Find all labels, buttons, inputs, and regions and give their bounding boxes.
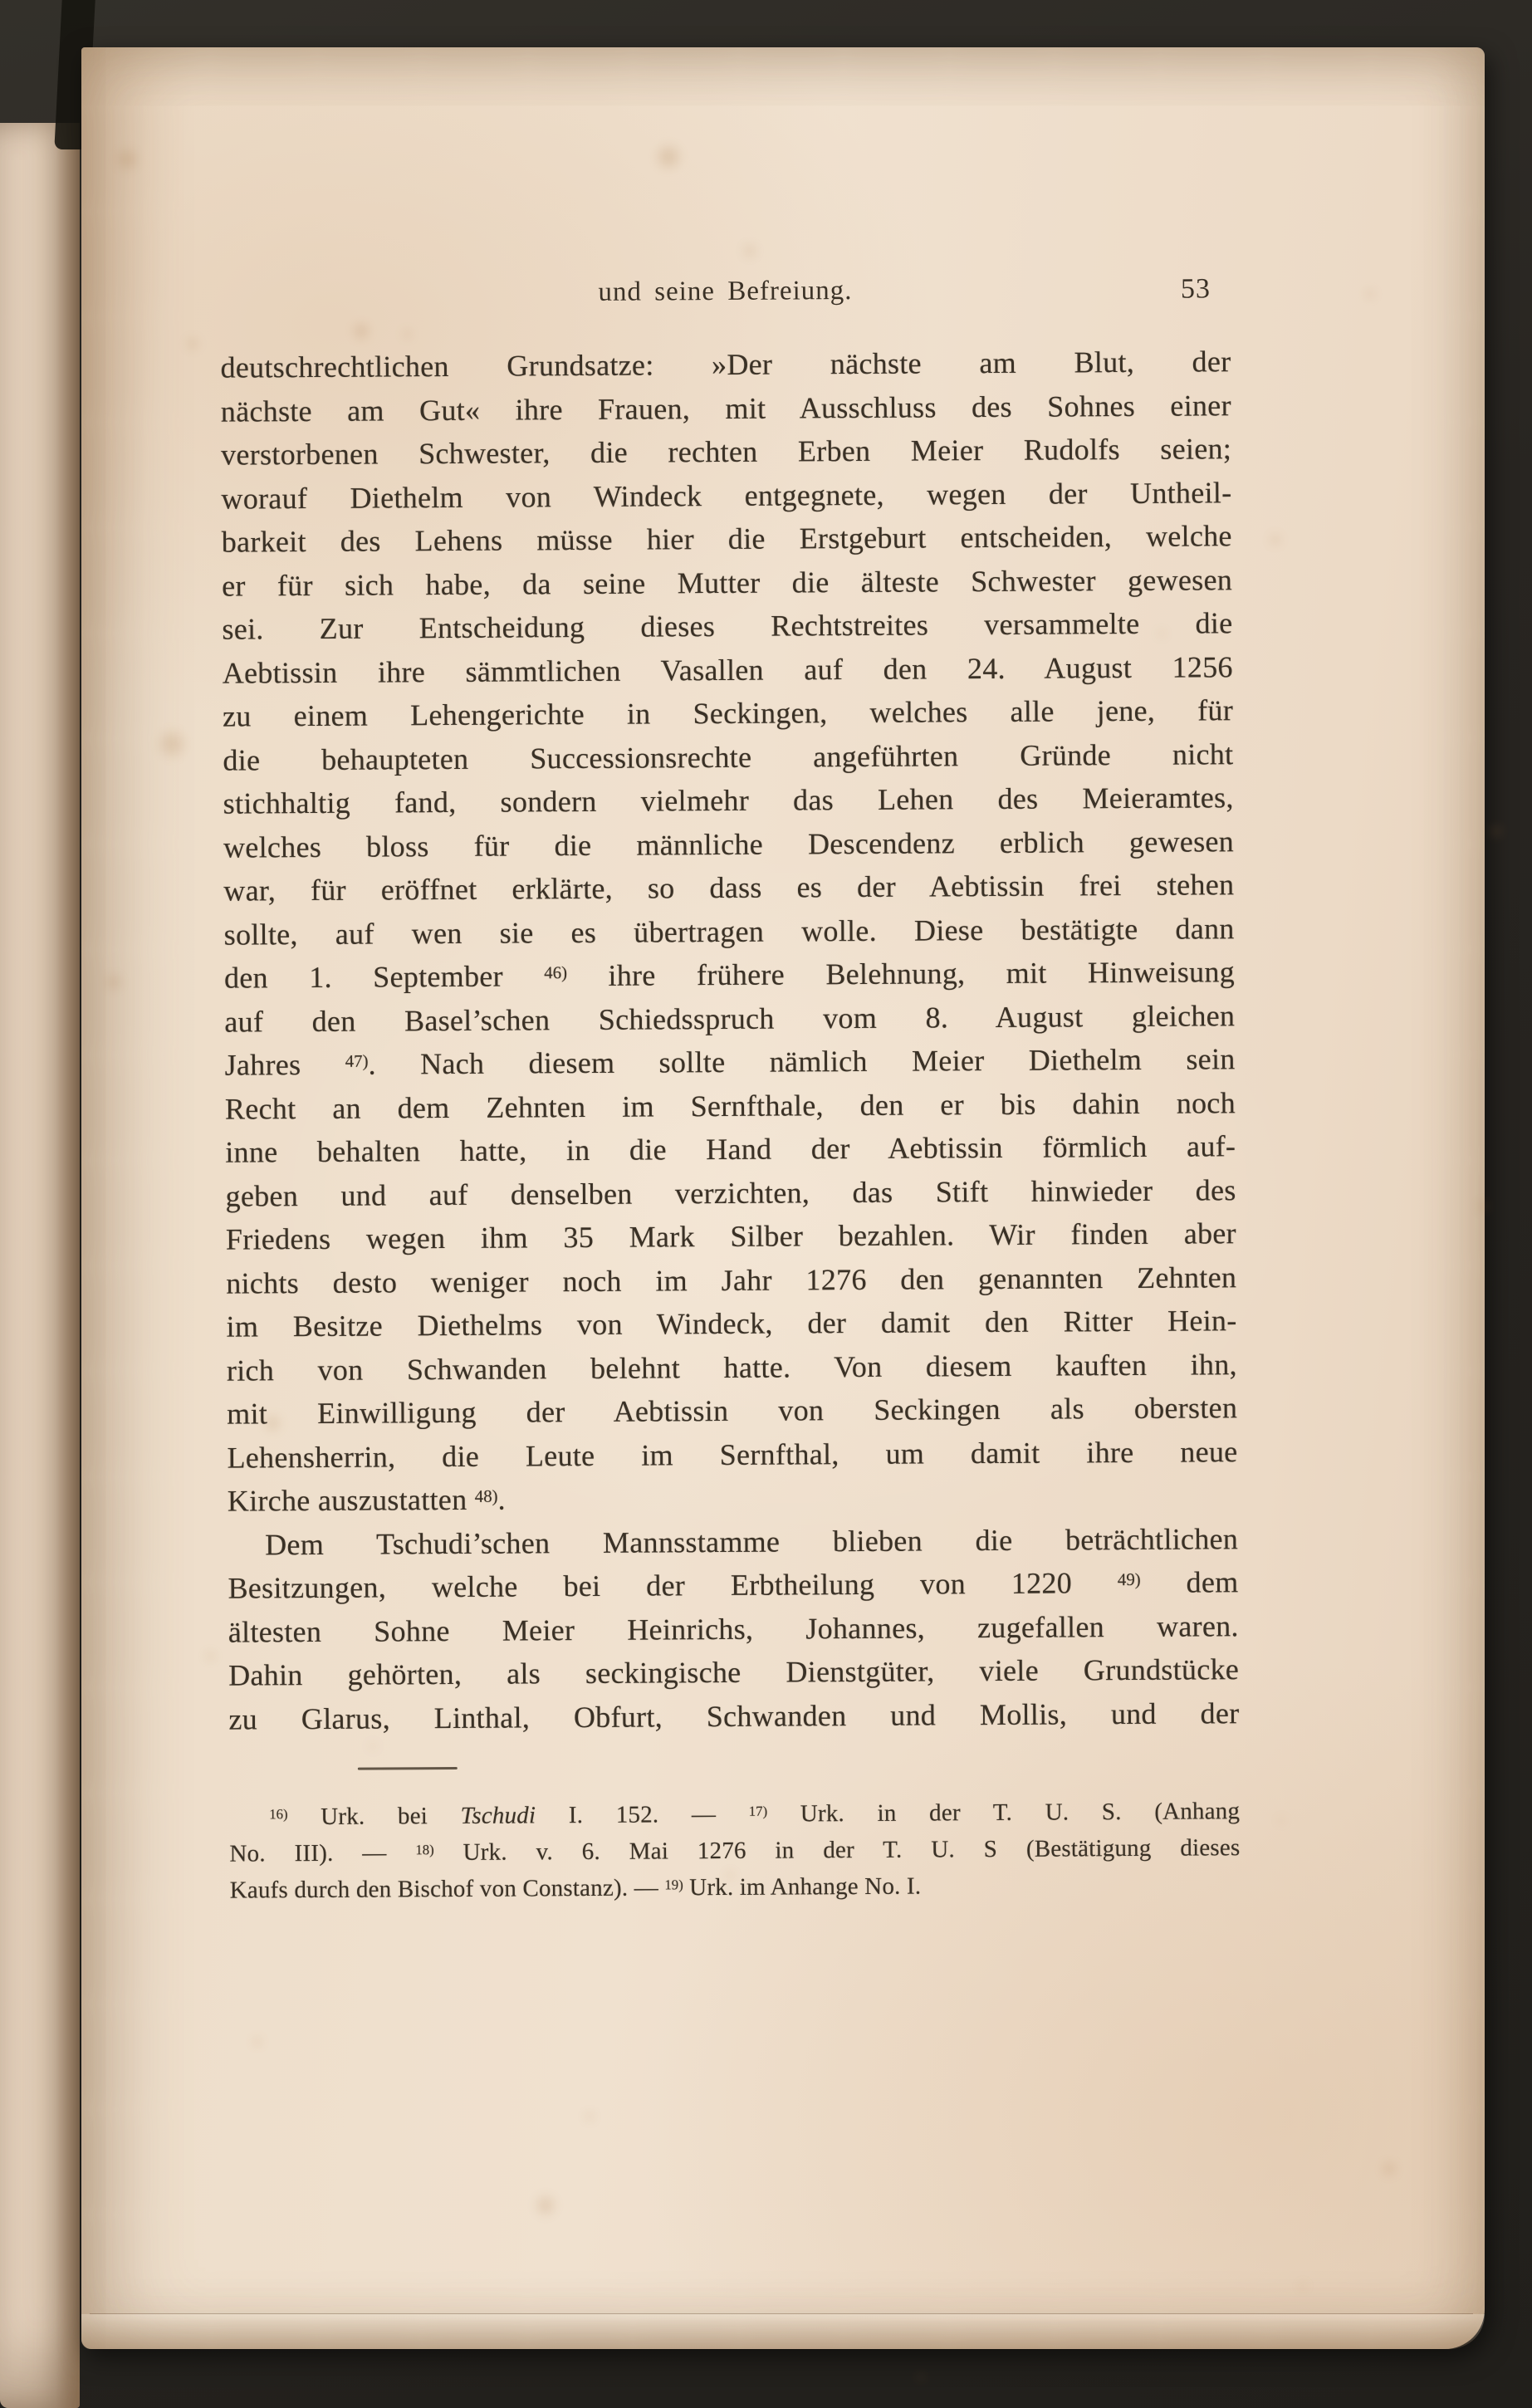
text-line: war, für eröffnet erklärte, so dass es d…	[223, 863, 1234, 913]
body-text: deutschrechtlichen Grundsatze: »Der näch…	[220, 340, 1239, 1740]
text-line: 16) Urk. bei Tschudi I. 152. — 17) Urk. …	[229, 1793, 1240, 1835]
page-under-edge	[81, 2314, 1485, 2349]
text-line: im Besitze Diethelms von Windeck, der da…	[226, 1299, 1236, 1348]
page-content: und seine Befreiung. 53 deutschrechtlich…	[218, 44, 1243, 2352]
running-title: und seine Befreiung.	[220, 273, 1231, 310]
book-page: und seine Befreiung. 53 deutschrechtlich…	[81, 47, 1485, 2349]
foxing-stain	[156, 728, 188, 760]
foxing-stain	[204, 1650, 217, 1662]
text-line: verstorbenen Schwester, die rechten Erbe…	[221, 427, 1231, 477]
text-line: er für sich habe, da seine Mutter die äl…	[222, 558, 1232, 608]
adjacent-page-edge	[0, 123, 80, 2408]
text-line: zu Glarus, Linthal, Obfurt, Schwanden un…	[228, 1691, 1239, 1741]
text-line: Besitzungen, welche bei der Erbtheilung …	[228, 1560, 1238, 1610]
text-line: ältesten Sohne Meier Heinrichs, Johannes…	[228, 1604, 1239, 1654]
page-number: 53	[1181, 273, 1211, 305]
text-line: No. III). — 18) Urk. v. 6. Mai 1276 in d…	[229, 1829, 1240, 1872]
foxing-stain	[1298, 2281, 1308, 2291]
text-line: auf den Basel’schen Schiedsspruch vom 8.…	[224, 994, 1235, 1044]
text-line: deutschrechtlichen Grundsatze: »Der näch…	[220, 340, 1231, 389]
foxing-stain	[1381, 2161, 1397, 2177]
text-line: zu einem Lehengerichte in Seckingen, wel…	[223, 688, 1233, 738]
text-line: nächste am Gut« ihre Frauen, mit Ausschl…	[221, 384, 1231, 433]
text-line: rich von Schwanden belehnt hatte. Von di…	[227, 1343, 1237, 1392]
foxing-stain	[1277, 1816, 1286, 1825]
text-line: Lehensherrin, die Leute im Sernfthal, um…	[227, 1430, 1237, 1480]
text-line: sei. Zur Entscheidung dieses Rechtstreit…	[222, 601, 1232, 651]
footnotes: 16) Urk. bei Tschudi I. 152. — 17) Urk. …	[229, 1793, 1241, 1908]
foxing-stain	[1364, 288, 1376, 300]
text-line: Friedens wegen ihm 35 Mark Silber bezahl…	[226, 1211, 1236, 1261]
text-line: Jahres 47). Nach diesem sollte nämlich M…	[224, 1037, 1235, 1087]
text-line: Dem Tschudi’schen Mannsstamme blieben di…	[228, 1517, 1238, 1567]
foxing-stain	[105, 973, 123, 991]
text-line: nichts desto weniger noch im Jahr 1276 d…	[226, 1255, 1236, 1305]
foxing-stain	[1489, 824, 1504, 839]
text-line: barkeit des Lehens müsse hier die Erstge…	[222, 514, 1232, 564]
text-line: die behaupteten Successionsrechte angefü…	[223, 732, 1233, 782]
text-line: Aebtissin ihre sämmtlichen Vasallen auf …	[223, 645, 1233, 695]
text-line: Dahin gehörten, als seckingische Dienstg…	[228, 1647, 1239, 1697]
text-line: welches bloss für die männliche Descende…	[223, 820, 1234, 869]
foxing-stain	[1476, 1200, 1490, 1213]
foxing-stain	[916, 2372, 926, 2382]
foxing-stain	[185, 336, 200, 351]
text-line: den 1. September 46) ihre frühere Belehn…	[224, 950, 1235, 1000]
text-line: worauf Diethelm von Windeck entgegnete, …	[221, 471, 1231, 521]
text-line: geben und auf denselben verzichten, das …	[225, 1168, 1236, 1218]
text-line: Recht an dem Zehnten im Sernfthale, den …	[225, 1081, 1236, 1131]
page-header: und seine Befreiung. 53	[220, 273, 1231, 316]
foxing-stain	[115, 147, 139, 172]
text-line: stichhaltig fand, sondern vielmehr das L…	[223, 776, 1234, 825]
text-line: inne behalten hatte, in die Hand der Aeb…	[225, 1124, 1236, 1174]
foxing-stain	[1269, 533, 1282, 546]
text-line: sollte, auf wen sie es übertragen wolle.…	[224, 907, 1235, 957]
scan-background: { "page": { "header": { "running_title":…	[0, 0, 1532, 2408]
text-line: mit Einwilligung der Aebtissin von Secki…	[227, 1386, 1237, 1436]
